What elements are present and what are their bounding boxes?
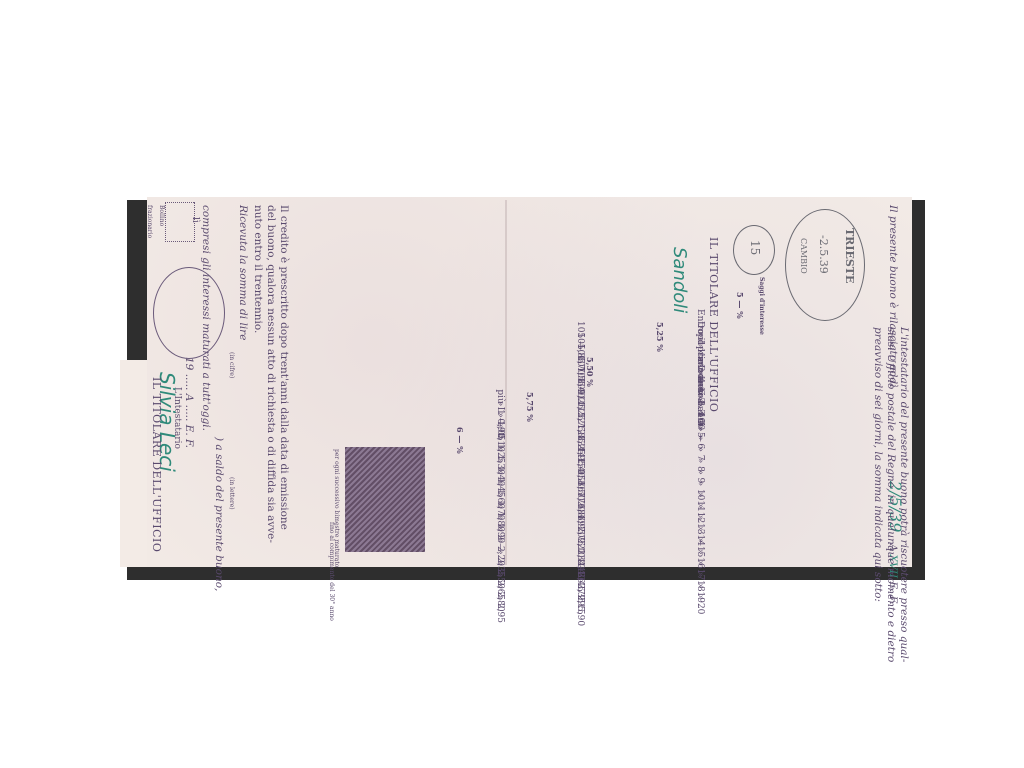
table-extra: » 2,95	[495, 595, 505, 623]
bollino-box	[165, 202, 195, 242]
postal-bond-document: Il presente buono è rilasciato addì 2/5/…	[145, 197, 915, 567]
stamp-circle	[153, 267, 225, 359]
rates-header: Saggi d'interesse	[758, 277, 765, 335]
trieste-postmark: TRIESTE -2.5.39 CAMBIO	[785, 209, 865, 321]
office-signature: Sandoli	[669, 247, 690, 313]
table-value: 295,90	[575, 595, 585, 627]
table-row: » 20	[695, 595, 705, 615]
small-round-stamp: 15	[733, 225, 775, 275]
office-title-bottom: IL TITOLARE DELL'UFFICIO	[150, 377, 163, 552]
decorative-illustration	[345, 447, 425, 552]
office-title-top: IL TITOLARE DELL'UFFICIO	[707, 237, 720, 412]
